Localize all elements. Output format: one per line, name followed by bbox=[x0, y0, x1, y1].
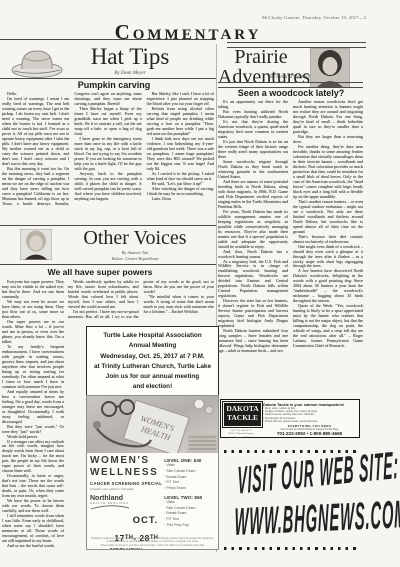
level-one-items: VitalsSkin Cancer ExamBreast ExamFIT Tes… bbox=[164, 463, 216, 492]
other-voices-author-photo bbox=[20, 229, 52, 260]
prairie-article-text: It's an opportunity out there for the ta… bbox=[218, 99, 363, 394]
other-voices-byline: By Annette Tait bbox=[54, 250, 216, 255]
level-two-items: VitalsSkin Cancer ExamBreast ExamFIT Tes… bbox=[164, 500, 216, 529]
dakota-tackle-right-block: Dakota Tackle is your salmon headquarter… bbox=[261, 400, 359, 437]
woodcock-headline: Seen a woodcock lately? bbox=[222, 88, 360, 98]
northland-logo: Northland bbox=[90, 495, 162, 502]
hat-tips-byline: By Dean Meyer bbox=[60, 71, 200, 76]
dakota-logo-line2: TACKLE bbox=[227, 413, 258, 422]
hat-tips-title: Hat Tips bbox=[60, 44, 200, 70]
hat-tips-rule bbox=[0, 78, 216, 79]
hat-tips-article-text: Hello.I'm tired of warnings. I mean I am… bbox=[2, 91, 214, 227]
dakota-address: 307 ½ So. 3rd. St. E.2001 E. Bismarck Ex… bbox=[221, 429, 261, 439]
bhgnews-website-ad: VISIT OUR WEB SITE: WWW.BHGNEWS.COM bbox=[222, 448, 362, 552]
other-voices-title: Other Voices bbox=[54, 227, 216, 250]
dakota-tackle-left-block: DAKOTA TACKLE 307 ½ So. 3rd. St. E.2001 … bbox=[221, 400, 261, 437]
dakota-tackle-ad: DAKOTA TACKLE 307 ½ So. 3rd. St. E.2001 … bbox=[220, 399, 360, 438]
womens-ad-tagline: Schedule your wellness visit today bbox=[90, 487, 162, 491]
cowboy-hat-illustration bbox=[10, 45, 64, 79]
prairie-byline: By Patricia Stockdill bbox=[230, 75, 350, 80]
pumpkin-carving-headline: Pumpkin carving bbox=[64, 80, 164, 90]
dakota-headline: Dakota Tackle is your salmon headquarter… bbox=[263, 402, 356, 407]
masthead-rule-left bbox=[0, 39, 216, 40]
other-voices-columns-2-3: Words carelessly spoken by adults in my … bbox=[68, 279, 214, 323]
dakota-phone: 701-222-3092 • 1-800-880-4665 bbox=[263, 431, 356, 436]
northland-logo-subtext: HEALTH SERVICES bbox=[90, 502, 162, 505]
womens-ad-title-line1: WOMEN'S bbox=[90, 455, 162, 467]
dakota-tackle-logo: DAKOTA TACKLE bbox=[223, 402, 262, 427]
other-voices-editor-line: Editor: Center Republican bbox=[54, 256, 216, 261]
cancer-screening-label: CANCER SCREENING SPECIAL bbox=[90, 481, 162, 486]
other-voices-top-rule bbox=[0, 225, 216, 226]
website-ad-line2: WWW.BHGNEWS.COM bbox=[234, 495, 349, 545]
other-voices-column-1: Everyone has super powers. They may not … bbox=[2, 279, 64, 558]
womens-ad-month: OCT. bbox=[133, 515, 159, 526]
womens-ad-title-line2: WELLNESS bbox=[90, 467, 162, 479]
turtle-lake-annual-meeting-ad: Turtle Lake Hospital AssociationAnnual M… bbox=[86, 326, 219, 398]
dotted-border-bottom bbox=[224, 547, 360, 550]
newspaper-page: McClusky Gazette, Thursday, October 19, … bbox=[0, 0, 400, 567]
womens-ad-city: MCCLUSKY bbox=[90, 548, 162, 550]
womens-wellness-ad: WOMEN'S HEALTH WOMEN'S WELL bbox=[86, 395, 219, 550]
womens-health-photo: WOMEN'S HEALTH bbox=[87, 396, 218, 453]
other-voices-rule bbox=[0, 264, 216, 265]
dakota-bullets: Rods, reels, combos & lineDodgers, flash… bbox=[263, 407, 356, 424]
womens-ad-fine-print: Payment is expected at time of service a… bbox=[90, 537, 215, 548]
super-powers-headline: We all have super powers bbox=[2, 267, 198, 277]
